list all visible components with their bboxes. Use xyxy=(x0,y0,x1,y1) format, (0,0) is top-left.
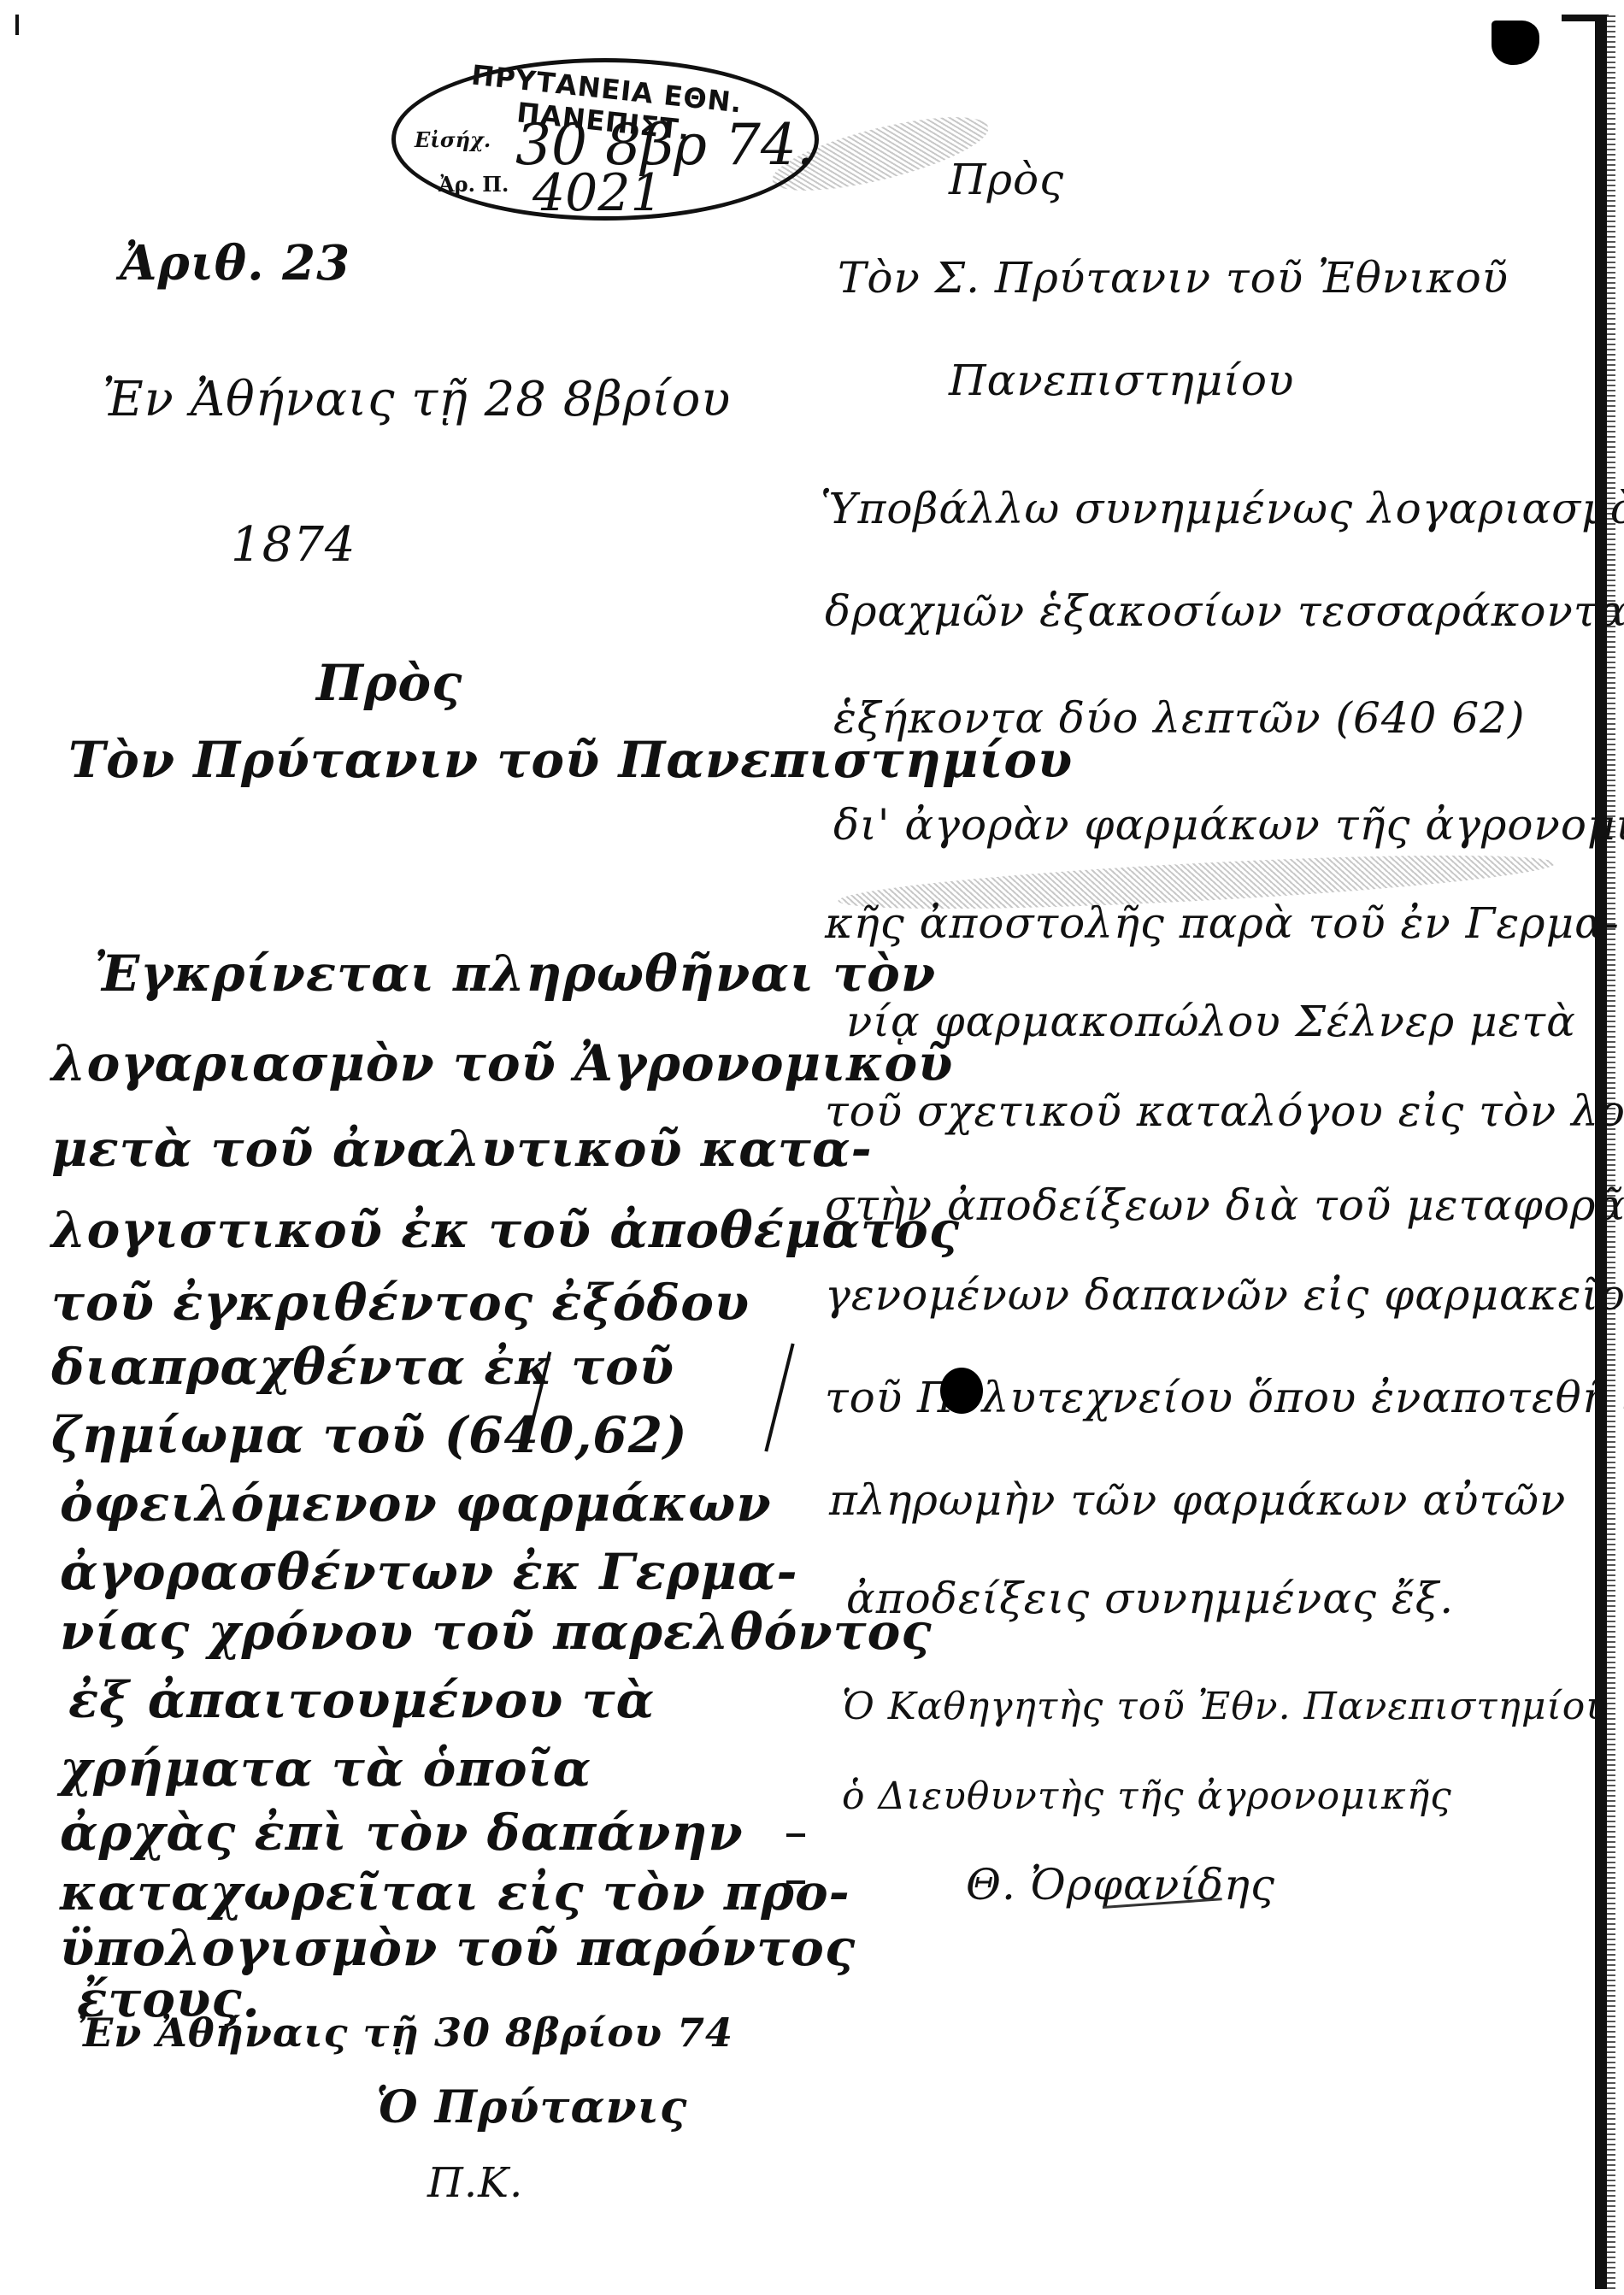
body-line: ἀποδείξεις συνημμένας ἔξ. xyxy=(846,1577,1454,1620)
body-line: μετὰ τοῦ ἀναλυτικοῦ κατα- xyxy=(51,1124,873,1174)
reference-number: Ἀριθ. 23 xyxy=(120,239,350,287)
amount-bracket-right xyxy=(764,1343,794,1451)
body-line: διαπραχθέντα ἐκ τοῦ xyxy=(51,1342,674,1392)
signatory-title: Ὁ Καθηγητὴς τοῦ Ἐθν. Πανεπιστημίου xyxy=(842,1688,1609,1726)
scan-edge-mark xyxy=(15,15,19,35)
body-line-amount: ἑξήκοντα δύο λεπτῶν (640 62) xyxy=(833,697,1526,739)
body-line: κῆς ἀποστολῆς παρὰ τοῦ ἐν Γερμα- xyxy=(825,902,1620,944)
place-date: Ἐν Ἀθήναις τῇ 28 8βρίου xyxy=(103,376,731,424)
body-line: δραχμῶν ἑξακοσίων τεσσαράκοντα καὶ xyxy=(825,590,1624,633)
body-line: ἐξ ἀπαιτουμένου τὰ xyxy=(68,1675,655,1725)
body-line: Ἐγκρίνεται πληρωθῆναι τὸν xyxy=(94,949,936,998)
body-line: στὴν ἀποδείξεων διὰ τοῦ μεταφορᾶς xyxy=(825,1184,1624,1227)
body-line: Ὑποβάλλω συνημμένως λογαριασμὸν ἐκ xyxy=(821,487,1624,530)
body-line: νίᾳ φαρμακοπώλου Σέλνερ μετὰ xyxy=(846,1000,1576,1043)
corner-ink-blot xyxy=(1492,21,1539,65)
margin-dash xyxy=(786,1880,805,1884)
body-line: ἀρχὰς ἐπὶ τὸν δαπάνην xyxy=(60,1808,744,1857)
body-line-amount: ζημίωμα τοῦ (640,62) xyxy=(51,1410,688,1460)
signature: Θ. Ὀρφανίδης xyxy=(966,1863,1275,1906)
signatory-role: ὁ Διευθυντὴς τῆς ἀγρονομικῆς xyxy=(842,1778,1452,1815)
stamp-number-label: Ἀρ. Π. xyxy=(438,172,509,197)
body-line: πληρωμὴν τῶν φαρμάκων αὐτῶν xyxy=(829,1479,1566,1521)
margin-dash xyxy=(786,1833,805,1837)
body-line: ϋπολογισμὸν τοῦ παρόντος xyxy=(60,1923,856,1973)
year: 1874 xyxy=(231,521,356,569)
header-pros: Πρὸς xyxy=(949,158,1064,201)
body-line: λογαριασμὸν τοῦ Ἀγρονομικοῦ xyxy=(51,1039,953,1088)
body-line: χρήματα τὰ ὁποῖα xyxy=(60,1744,591,1793)
salutation-pros: Πρὸς xyxy=(316,658,462,708)
body-line: γενομένων δαπανῶν εἰς φαρμακεῖον xyxy=(825,1274,1624,1316)
header-university: Πανεπιστημίου xyxy=(949,359,1294,402)
registry-stamp: ΠΡΥΤΑΝΕΙΑ ΕΘΝ. ΠΑΝΕΠΙΣΤ. Εἰσήχ. 30 8βρ 7… xyxy=(391,58,819,221)
ink-blot xyxy=(940,1368,983,1414)
body-line: δι' ἀγορὰν φαρμάκων τῆς ἀγρονομι- xyxy=(833,803,1624,846)
body-line: τοῦ ἐγκριθέντος ἐξόδου xyxy=(51,1278,750,1327)
header-addressee: Τὸν Σ. Πρύτανιν τοῦ Ἐθνικοῦ xyxy=(838,256,1509,299)
body-line: λογιστικοῦ ἐκ τοῦ ἀποθέματος xyxy=(51,1205,960,1255)
scanned-letter-page: ΠΡΥΤΑΝΕΙΑ ΕΘΝ. ΠΑΝΕΠΙΣΤ. Εἰσήχ. 30 8βρ 7… xyxy=(0,0,1624,2295)
body-line: ἀγορασθέντων ἐκ Γερμα- xyxy=(60,1547,798,1597)
stamp-number: 4021 xyxy=(533,163,663,223)
body-line: τοῦ σχετικοῦ καταλόγου εἰς τὸν λογι- xyxy=(825,1090,1624,1133)
body-line: καταχωρεῖται εἰς τὸν προ- xyxy=(60,1868,850,1917)
closing-date: Ἐν Ἀθήναις τῇ 30 8βρίου 74 xyxy=(77,2013,733,2052)
closing-title: Ὁ Πρύτανις xyxy=(376,2086,687,2130)
body-line: νίας χρόνου τοῦ παρελθόντος xyxy=(60,1607,933,1657)
scan-border-speckle xyxy=(1607,15,1615,2289)
stamp-received-label: Εἰσήχ. xyxy=(415,127,491,152)
body-line: ὀφειλόμενον φαρμάκων xyxy=(60,1479,772,1528)
closing-initials: Π.Κ. xyxy=(427,2163,523,2204)
